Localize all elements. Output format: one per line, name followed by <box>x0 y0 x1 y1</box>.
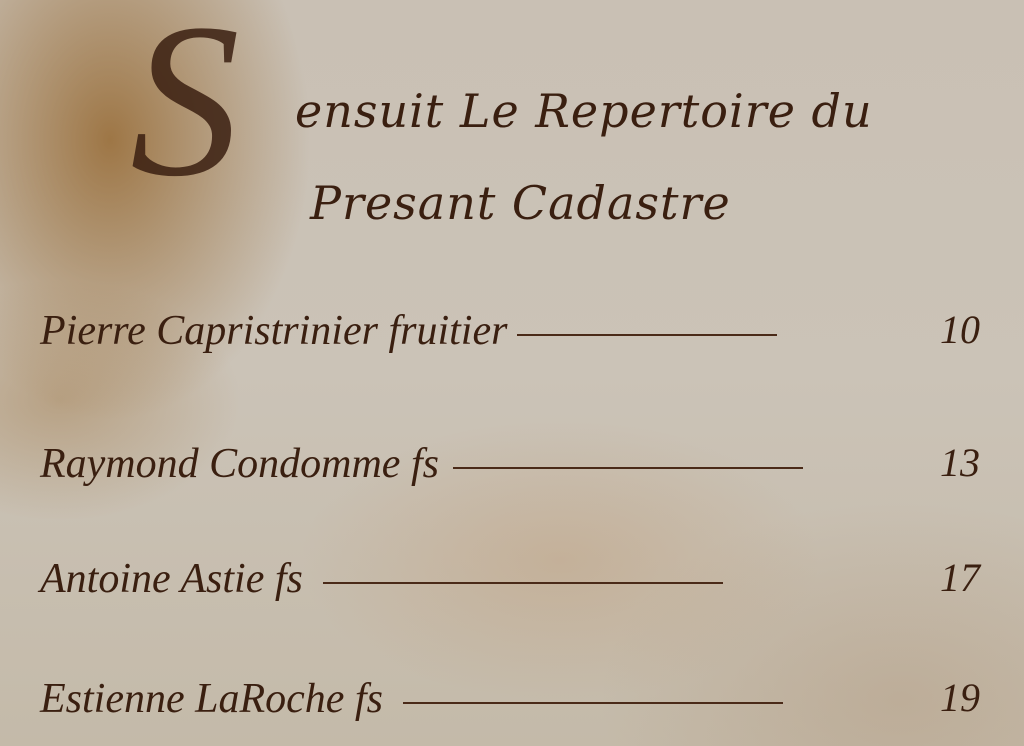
entry-page-number: 13 <box>940 443 980 483</box>
heading-line-1: ensuit Le Repertoire du <box>295 88 873 134</box>
index-entry: Estienne LaRoche fs 19 <box>40 660 1000 720</box>
leader-line <box>403 702 783 704</box>
index-entry: Antoine Astie fs 17 <box>40 540 1000 600</box>
index-entry: Raymond Condomme fs 13 <box>40 425 1000 485</box>
entry-name: Estienne LaRoche fs <box>40 678 383 720</box>
entry-page-number: 10 <box>940 310 980 350</box>
decorated-initial: S <box>130 0 240 210</box>
entry-page-number: 19 <box>940 678 980 718</box>
manuscript-page: S ensuit Le Repertoire du Presant Cadast… <box>0 0 1024 746</box>
leader-line <box>517 334 777 336</box>
heading-line-2: Presant Cadastre <box>310 180 731 226</box>
entry-name: Antoine Astie fs <box>40 558 303 600</box>
entry-name: Raymond Condomme fs <box>40 443 439 485</box>
leader-line <box>453 467 803 469</box>
leader-line <box>323 582 723 584</box>
entry-page-number: 17 <box>940 558 980 598</box>
index-entry: Pierre Capristrinier fruitier 10 <box>40 292 1000 352</box>
entry-name: Pierre Capristrinier fruitier <box>40 310 507 352</box>
